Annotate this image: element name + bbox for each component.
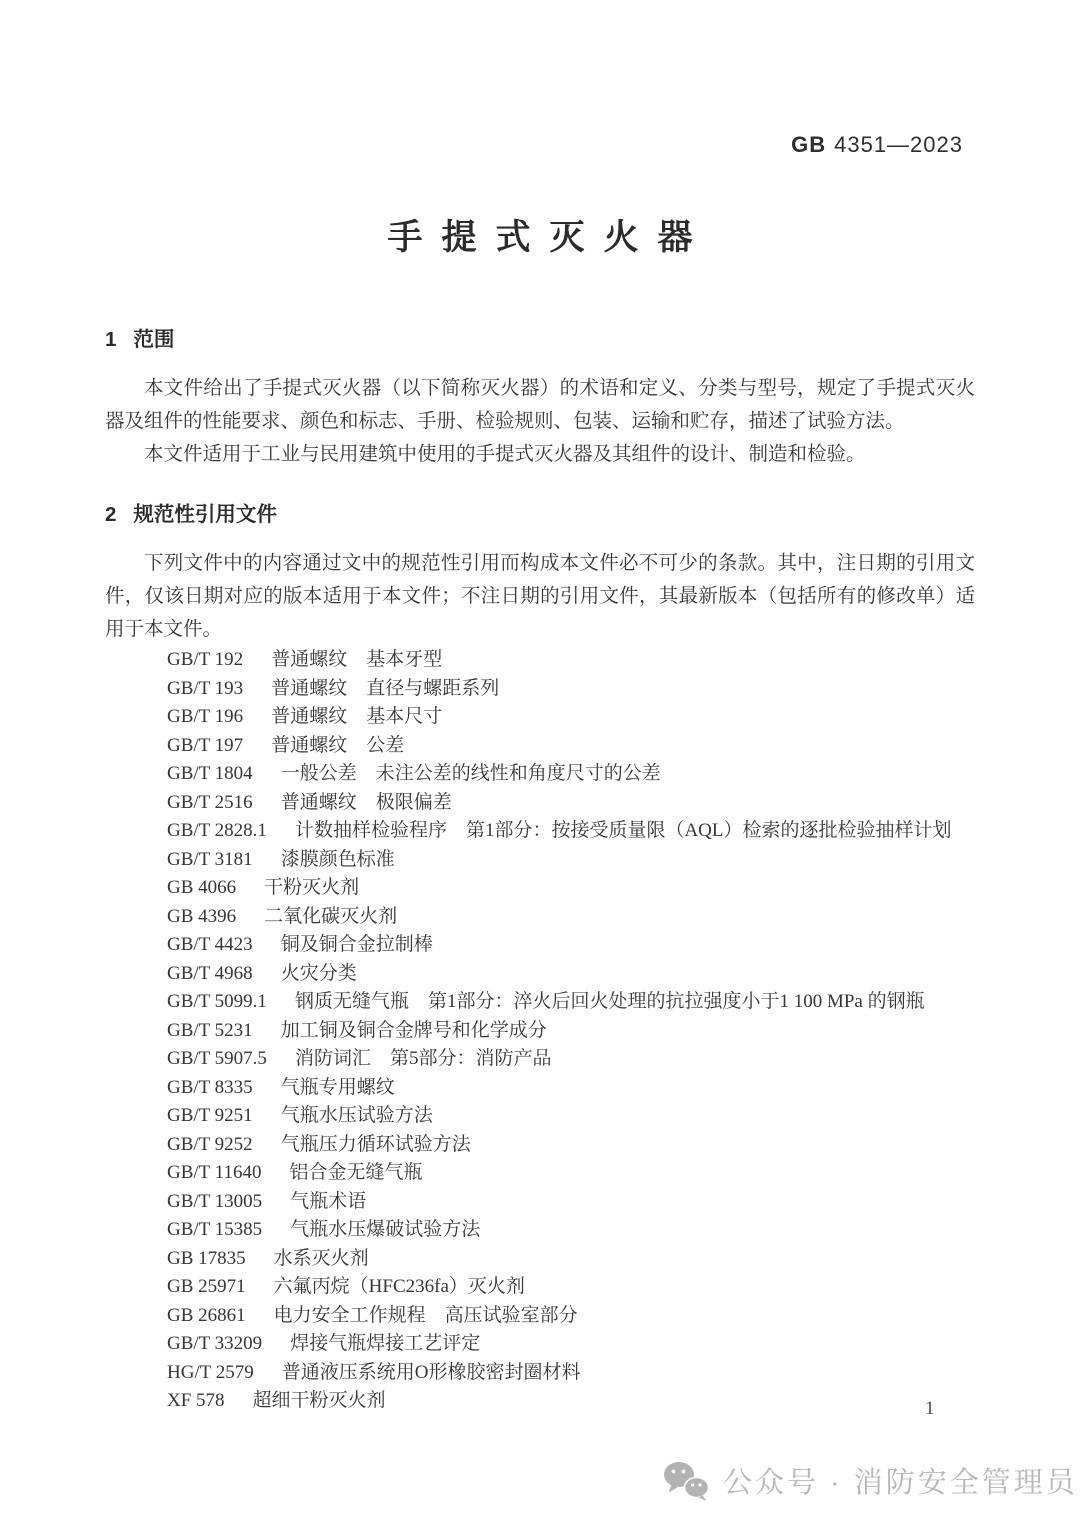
reference-title: 普通螺纹 直径与螺距系列 — [271, 678, 499, 699]
references-intro: 下列文件中的内容通过文中的规范性引用而构成本文件必不可少的条款。其中，注日期的引… — [105, 547, 975, 646]
wechat-icon — [662, 1461, 710, 1501]
reference-item: GB/T 9252气瓶压力循环试验方法 — [105, 1131, 975, 1160]
reference-item: GB 4396二氧化碳灭火剂 — [105, 903, 975, 932]
reference-title: 普通液压系统用O形橡胶密封圈材料 — [282, 1362, 581, 1383]
reference-title: 超细干粉灭火剂 — [253, 1390, 386, 1411]
reference-item: GB 4066干粉灭火剂 — [105, 874, 975, 903]
reference-title: 焊接气瓶焊接工艺评定 — [290, 1333, 480, 1354]
reference-code: GB/T 3181 — [167, 849, 253, 870]
reference-code: GB/T 33209 — [167, 1333, 262, 1354]
reference-code: GB/T 196 — [167, 706, 243, 727]
reference-code: GB/T 192 — [167, 649, 243, 670]
reference-title: 计数抽样检验程序 第1部分：按接受质量限（AQL）检索的逐批检验抽样计划 — [295, 820, 952, 841]
reference-item: GB/T 1804一般公差 未注公差的线性和角度尺寸的公差 — [105, 760, 975, 789]
section-1-title: 范围 — [133, 328, 174, 351]
reference-code: GB/T 5231 — [167, 1020, 253, 1041]
reference-item: GB/T 196普通螺纹 基本尺寸 — [105, 703, 975, 732]
reference-title: 普通螺纹 公差 — [271, 735, 404, 756]
reference-code: GB/T 1804 — [167, 763, 253, 784]
section-2-title: 规范性引用文件 — [133, 503, 277, 526]
reference-title: 干粉灭火剂 — [264, 877, 359, 898]
section-1-heading: 1范围 — [105, 326, 975, 354]
reference-item: GB/T 193普通螺纹 直径与螺距系列 — [105, 675, 975, 704]
reference-title: 消防词汇 第5部分：消防产品 — [295, 1048, 552, 1069]
reference-code: GB/T 13005 — [167, 1191, 262, 1212]
reference-item: GB/T 197普通螺纹 公差 — [105, 732, 975, 761]
reference-title: 六氟丙烷（HFC236fa）灭火剂 — [274, 1276, 525, 1297]
page-number: 1 — [925, 1398, 935, 1420]
reference-title: 火灾分类 — [281, 963, 357, 984]
reference-item: GB/T 9251气瓶水压试验方法 — [105, 1102, 975, 1131]
section-2-heading: 2规范性引用文件 — [105, 501, 975, 529]
reference-title: 气瓶水压爆破试验方法 — [290, 1219, 480, 1240]
reference-title: 水系灭火剂 — [274, 1248, 369, 1269]
reference-item: GB/T 2828.1计数抽样检验程序 第1部分：按接受质量限（AQL）检索的逐… — [105, 817, 975, 846]
reference-title: 电力安全工作规程 高压试验室部分 — [274, 1305, 578, 1326]
scope-paragraph-2: 本文件适用于工业与民用建筑中使用的手提式灭火器及其组件的设计、制造和检验。 — [105, 438, 975, 471]
reference-item: XF 578超细干粉灭火剂 — [105, 1387, 975, 1416]
reference-code: GB/T 5099.1 — [167, 991, 267, 1012]
reference-item: GB/T 5231加工铜及铜合金牌号和化学成分 — [105, 1017, 975, 1046]
reference-code: GB/T 2516 — [167, 792, 253, 813]
reference-code: GB/T 193 — [167, 678, 243, 699]
reference-title: 钢质无缝气瓶 第1部分：淬火后回火处理的抗拉强度小于1 100 MPa 的钢瓶 — [295, 991, 925, 1012]
reference-code: GB 17835 — [167, 1248, 246, 1269]
reference-item: GB 25971六氟丙烷（HFC236fa）灭火剂 — [105, 1273, 975, 1302]
standard-code-prefix: GB — [791, 132, 826, 157]
reference-item: GB/T 5907.5消防词汇 第5部分：消防产品 — [105, 1045, 975, 1074]
standard-code-number: 4351—2023 — [834, 132, 963, 157]
reference-code: GB/T 11640 — [167, 1162, 261, 1183]
reference-code: GB/T 4423 — [167, 934, 253, 955]
reference-item: GB/T 2516普通螺纹 极限偏差 — [105, 789, 975, 818]
document-title: 手提式灭火器 — [105, 216, 975, 260]
reference-code: GB/T 4968 — [167, 963, 253, 984]
reference-title: 普通螺纹 极限偏差 — [281, 792, 452, 813]
reference-title: 铝合金无缝气瓶 — [289, 1162, 422, 1183]
reference-code: GB/T 2828.1 — [167, 820, 267, 841]
reference-code: GB 25971 — [167, 1276, 246, 1297]
reference-title: 一般公差 未注公差的线性和角度尺寸的公差 — [281, 763, 661, 784]
reference-title: 漆膜颜色标准 — [281, 849, 395, 870]
reference-title: 铜及铜合金拉制棒 — [281, 934, 433, 955]
reference-item: GB/T 13005气瓶术语 — [105, 1188, 975, 1217]
document-page: GB4351—2023 手提式灭火器 1范围 本文件给出了手提式灭火器（以下简称… — [0, 0, 1080, 1527]
reference-code: GB/T 8335 — [167, 1077, 253, 1098]
reference-code: GB/T 15385 — [167, 1219, 262, 1240]
reference-title: 气瓶专用螺纹 — [281, 1077, 395, 1098]
reference-item: GB/T 8335气瓶专用螺纹 — [105, 1074, 975, 1103]
reference-code: GB 4066 — [167, 877, 236, 898]
reference-item: GB/T 4968火灾分类 — [105, 960, 975, 989]
reference-item: GB/T 192普通螺纹 基本牙型 — [105, 646, 975, 675]
reference-item: GB/T 3181漆膜颜色标准 — [105, 846, 975, 875]
reference-title: 气瓶水压试验方法 — [281, 1105, 433, 1126]
reference-code: GB/T 5907.5 — [167, 1048, 267, 1069]
reference-item: GB 17835水系灭火剂 — [105, 1245, 975, 1274]
scope-paragraph-1: 本文件给出了手提式灭火器（以下简称灭火器）的术语和定义、分类与型号，规定了手提式… — [105, 372, 975, 438]
reference-item: GB/T 4423铜及铜合金拉制棒 — [105, 931, 975, 960]
reference-item: GB/T 33209焊接气瓶焊接工艺评定 — [105, 1330, 975, 1359]
reference-code: GB/T 9252 — [167, 1134, 253, 1155]
reference-item: HG/T 2579普通液压系统用O形橡胶密封圈材料 — [105, 1359, 975, 1388]
reference-code: XF 578 — [167, 1390, 225, 1411]
reference-item: GB/T 5099.1钢质无缝气瓶 第1部分：淬火后回火处理的抗拉强度小于1 1… — [105, 988, 975, 1017]
reference-code: GB/T 9251 — [167, 1105, 253, 1126]
watermark-text: 公众号 · 消防安全管理员 — [723, 1460, 1078, 1501]
reference-title: 气瓶术语 — [290, 1191, 366, 1212]
reference-title: 气瓶压力循环试验方法 — [281, 1134, 471, 1155]
reference-item: GB/T 11640铝合金无缝气瓶 — [105, 1159, 975, 1188]
section-2-number: 2 — [105, 503, 116, 526]
reference-title: 普通螺纹 基本牙型 — [271, 649, 442, 670]
reference-item: GB/T 15385气瓶水压爆破试验方法 — [105, 1216, 975, 1245]
reference-title: 二氧化碳灭火剂 — [264, 906, 397, 927]
reference-title: 普通螺纹 基本尺寸 — [271, 706, 442, 727]
reference-title: 加工铜及铜合金牌号和化学成分 — [281, 1020, 547, 1041]
standard-code: GB4351—2023 — [105, 132, 975, 158]
reference-code: GB/T 197 — [167, 735, 243, 756]
section-1-number: 1 — [105, 328, 116, 351]
watermark: 公众号 · 消防安全管理员 — [662, 1460, 1078, 1501]
reference-code: HG/T 2579 — [167, 1362, 254, 1383]
reference-code: GB 4396 — [167, 906, 236, 927]
reference-code: GB 26861 — [167, 1305, 246, 1326]
reference-item: GB 26861电力安全工作规程 高压试验室部分 — [105, 1302, 975, 1331]
normative-references-list: GB/T 192普通螺纹 基本牙型 GB/T 193普通螺纹 直径与螺距系列 G… — [105, 646, 975, 1416]
